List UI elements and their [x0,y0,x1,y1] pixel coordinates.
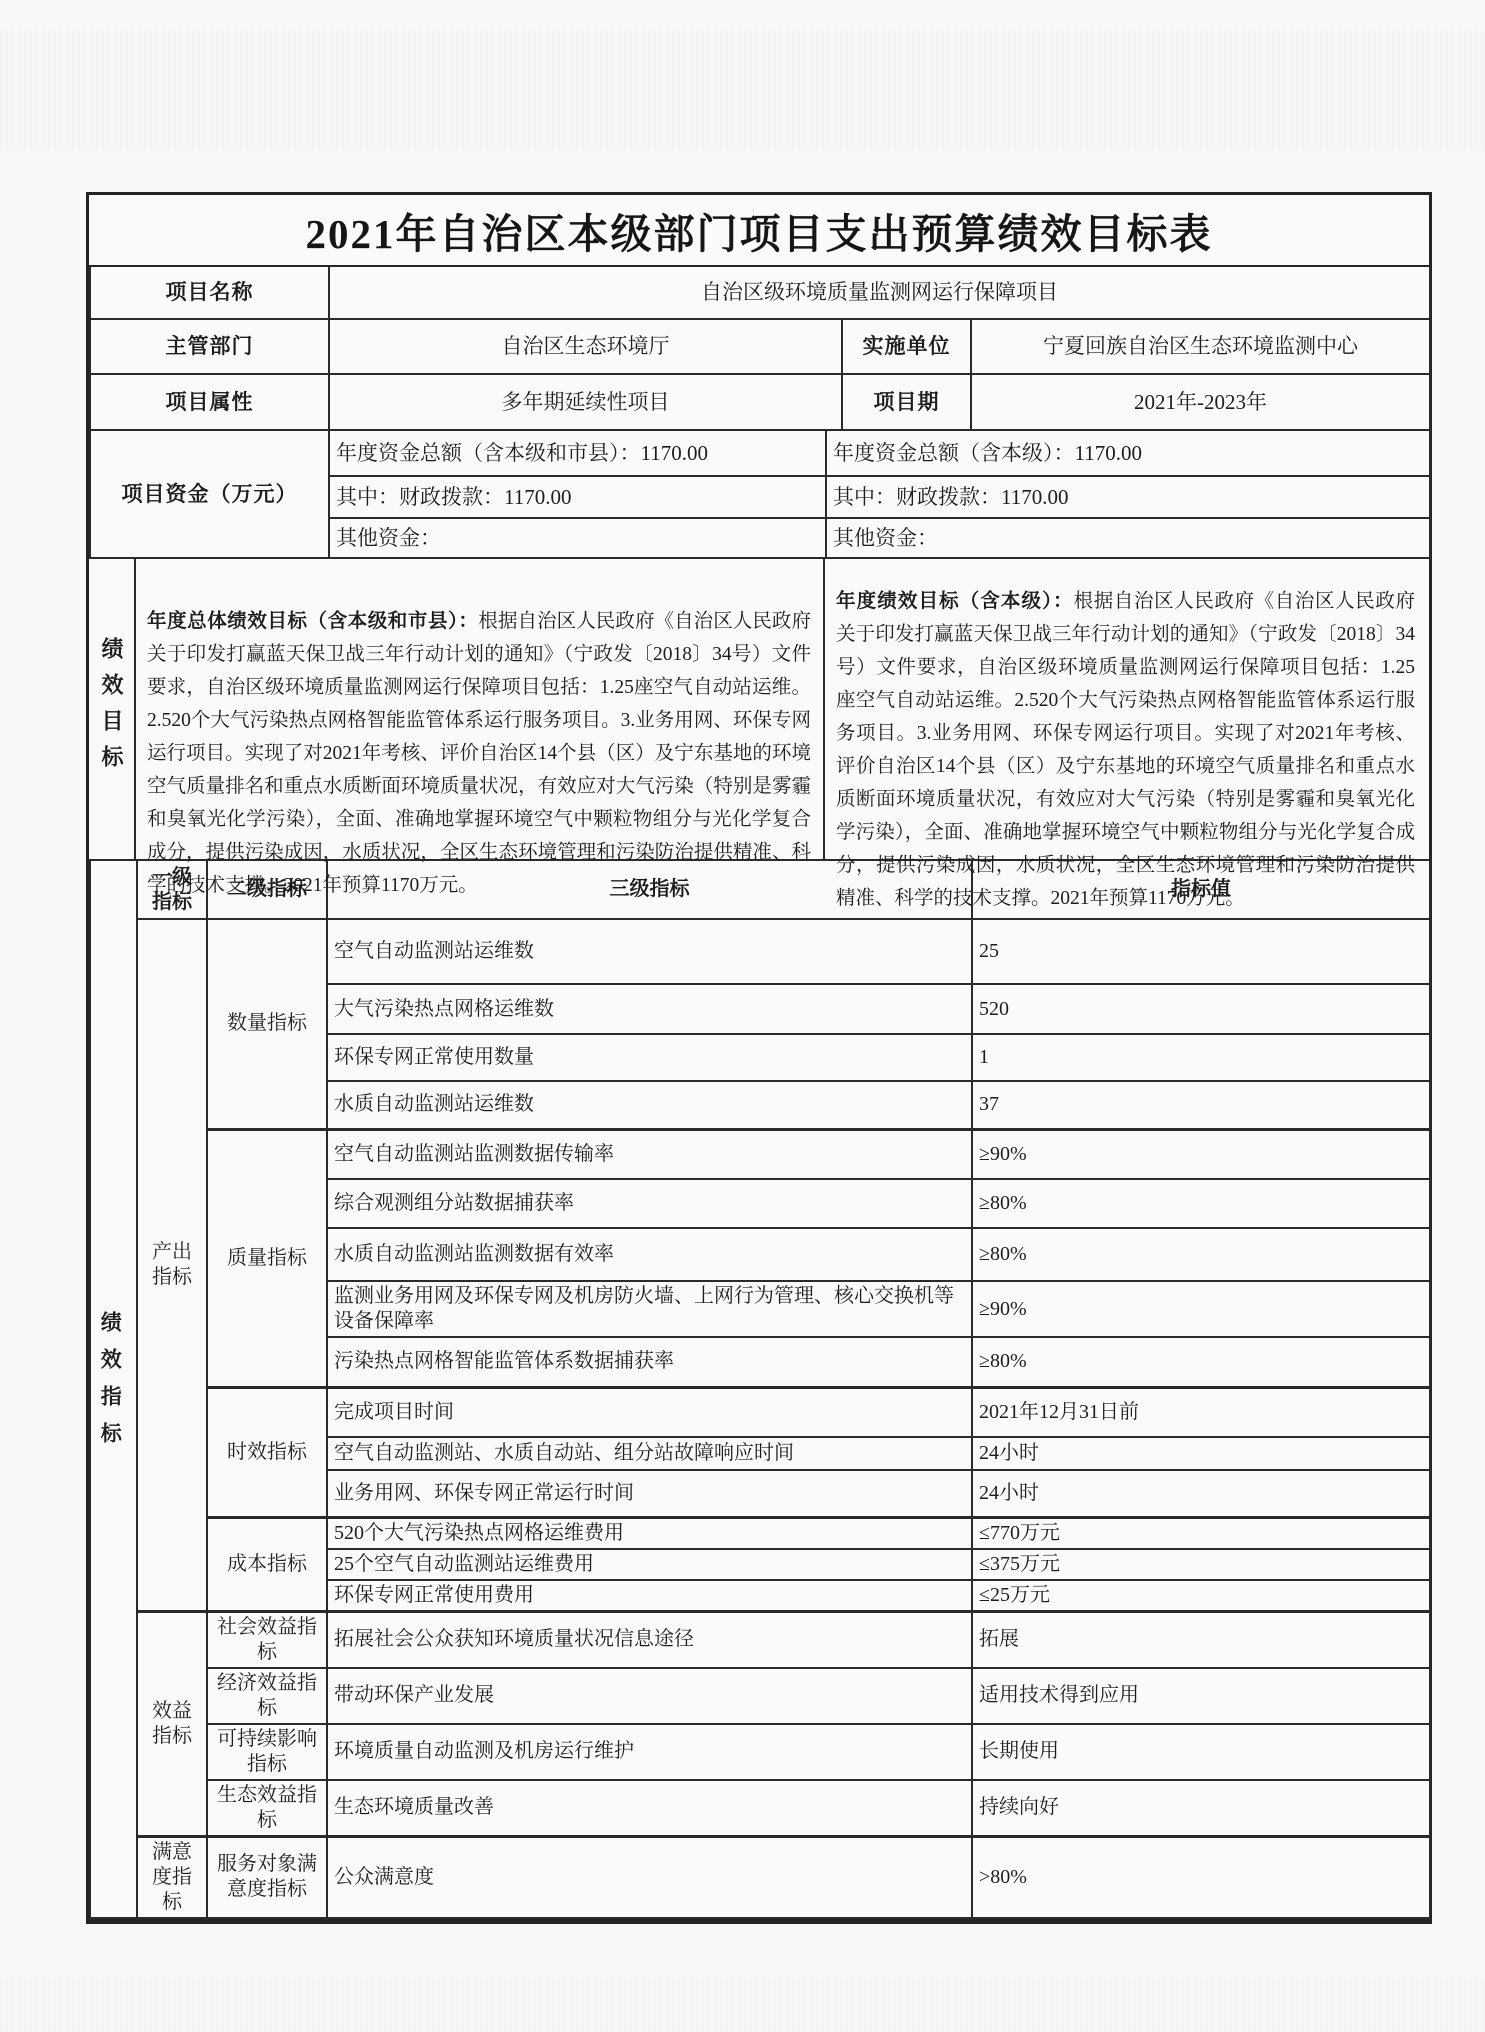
indicator-value: 2021年12月31日前 [972,1387,1430,1437]
level2-timeliness: 时效指标 [207,1387,327,1517]
indicator-name: 生态环境质量改善 [327,1780,972,1837]
indicator-value: >80% [972,1836,1430,1918]
indicator-value: 长期使用 [972,1724,1430,1780]
funding-fiscal-left: 其中：财政拨款：1170.00 [329,476,826,518]
indicator-row: 效益指标 社会效益指标 拓展社会公众获知环境质量状况信息途径 拓展 [90,1611,1430,1668]
level2-quantity: 数量指标 [207,919,327,1129]
project-info-table: 项目名称 自治区级环境质量监测网运行保障项目 主管部门 自治区生态环境厅 实施单… [89,267,1431,431]
indicator-value: ≥90% [972,1129,1430,1179]
level2-quality: 质量指标 [207,1129,327,1387]
indicator-name: 综合观测组分站数据捕获率 [327,1179,972,1228]
indicator-name: 520个大气污染热点网格运维费用 [327,1517,972,1549]
indicator-value: 持续向好 [972,1780,1430,1837]
indicator-row: 满意度指标 服务对象满意度指标 公众满意度 >80% [90,1836,1430,1918]
overall-goal-body: 根据自治区人民政府《自治区人民政府关于印发打赢蓝天保卫战三年行动计划的通知》（宁… [147,611,811,896]
impl-unit-label: 实施单位 [842,319,971,374]
indicator-value: ≥80% [972,1179,1430,1228]
project-name-value: 自治区级环境质量监测网运行保障项目 [329,267,1430,319]
indicator-row: 成本指标 520个大气污染热点网格运维费用 ≤770万元 [90,1517,1430,1549]
level2-service-satisfaction: 服务对象满意度指标 [207,1836,327,1918]
level2-economic: 经济效益指标 [207,1668,327,1724]
scanned-document-page: 2021年自治区本级部门项目支出预算绩效目标表 项目名称 自治区级环境质量监测网… [0,0,1485,2032]
indicator-name: 环保专网正常使用数量 [327,1034,972,1081]
indicator-name: 业务用网、环保专网正常运行时间 [327,1470,972,1517]
indicator-row: 产出指标 数量指标 空气自动监测站运维数 25 [90,919,1430,984]
indicator-name: 污染热点网格智能监管体系数据捕获率 [327,1337,972,1387]
performance-goal-section: 绩效目标 年度总体绩效目标（含本级和市县）：根据自治区人民政府《自治区人民政府关… [89,559,1429,861]
indicator-name: 大气污染热点网格运维数 [327,984,972,1034]
performance-goal-label: 绩效目标 [96,637,127,781]
attr-value: 多年期延续性项目 [329,374,842,430]
period-value: 2021年-2023年 [971,374,1430,430]
indicator-value: 520 [972,984,1430,1034]
dept-value: 自治区生态环境厅 [329,319,842,374]
period-label: 项目期 [842,374,971,430]
attr-label: 项目属性 [90,374,329,430]
annual-goal-body: 根据自治区人民政府《自治区人民政府关于印发打赢蓝天保卫战三年行动计划的通知》（宁… [836,591,1415,909]
performance-target-table: 2021年自治区本级部门项目支出预算绩效目标表 项目名称 自治区级环境质量监测网… [86,192,1432,1924]
funding-other-left: 其他资金： [329,518,826,558]
funding-total-right: 年度资金总额（含本级）：1170.00 [826,431,1430,476]
indicator-name: 拓展社会公众获知环境质量状况信息途径 [327,1611,972,1668]
indicator-value: ≤770万元 [972,1517,1430,1549]
indicators-section-label: 绩效指标 [97,1311,123,1459]
indicator-name: 水质自动监测站运维数 [327,1081,972,1129]
overall-goal-lead: 年度总体绩效目标（含本级和市县）： [147,611,478,632]
indicator-value: 37 [972,1081,1430,1129]
indicator-name: 公众满意度 [327,1836,972,1918]
funding-fiscal-right: 其中：财政拨款：1170.00 [826,476,1430,518]
indicator-name: 监测业务用网及环保专网及机房防火墙、上网行为管理、核心交换机等设备保障率 [327,1281,972,1337]
document-title: 2021年自治区本级部门项目支出预算绩效目标表 [89,195,1429,267]
project-name-row: 项目名称 自治区级环境质量监测网运行保障项目 [90,267,1430,319]
scan-noise-bottom [0,1978,1485,2032]
indicator-value: ≤375万元 [972,1549,1430,1580]
level2-sustainable: 可持续影响指标 [207,1724,327,1780]
overall-goal-cell: 年度总体绩效目标（含本级和市县）：根据自治区人民政府《自治区人民政府关于印发打赢… [136,559,825,859]
funding-row-total: 项目资金（万元） 年度资金总额（含本级和市县）：1170.00 年度资金总额（含… [90,431,1430,476]
indicator-name: 25个空气自动监测站运维费用 [327,1549,972,1580]
indicator-value: ≥80% [972,1337,1430,1387]
indicator-row: 质量指标 空气自动监测站监测数据传输率 ≥90% [90,1129,1430,1179]
level1-satisfaction: 满意度指标 [137,1836,207,1918]
department-row: 主管部门 自治区生态环境厅 实施单位 宁夏回族自治区生态环境监测中心 [90,319,1430,374]
indicator-name: 空气自动监测站监测数据传输率 [327,1129,972,1179]
indicator-value: 1 [972,1034,1430,1081]
level1-benefit: 效益指标 [137,1611,207,1836]
indicators-section-label-cell: 绩效指标 [90,861,137,1918]
level1-output: 产出指标 [137,919,207,1611]
indicator-value: ≥90% [972,1281,1430,1337]
indicator-name: 完成项目时间 [327,1387,972,1437]
annual-goal-cell: 年度绩效目标（含本级）：根据自治区人民政府《自治区人民政府关于印发打赢蓝天保卫战… [825,559,1429,859]
indicator-value: 适用技术得到应用 [972,1668,1430,1724]
indicator-name: 水质自动监测站监测数据有效率 [327,1228,972,1281]
attribute-row: 项目属性 多年期延续性项目 项目期 2021年-2023年 [90,374,1430,430]
indicator-row: 经济效益指标 带动环保产业发展 适用技术得到应用 [90,1668,1430,1724]
level2-social: 社会效益指标 [207,1611,327,1668]
indicator-value: ≤25万元 [972,1580,1430,1612]
performance-goal-label-cell: 绩效目标 [89,559,136,859]
indicator-value: 25 [972,919,1430,984]
indicator-name: 环境质量自动监测及机房运行维护 [327,1724,972,1780]
indicators-table: 绩效指标 一级指标 二级指标 三级指标 指标值 产出指标 数量指标 空气自动监测… [89,861,1431,1919]
indicator-value: 拓展 [972,1611,1430,1668]
level2-cost: 成本指标 [207,1517,327,1611]
indicator-name: 环保专网正常使用费用 [327,1580,972,1612]
indicator-name: 空气自动监测站运维数 [327,919,972,984]
funding-other-right: 其他资金： [826,518,1430,558]
project-funding-table: 项目资金（万元） 年度资金总额（含本级和市县）：1170.00 年度资金总额（含… [89,431,1431,559]
indicator-name: 空气自动监测站、水质自动站、组分站故障响应时间 [327,1437,972,1470]
level2-ecological: 生态效益指标 [207,1780,327,1837]
indicator-row: 可持续影响指标 环境质量自动监测及机房运行维护 长期使用 [90,1724,1430,1780]
dept-label: 主管部门 [90,319,329,374]
indicator-value: 24小时 [972,1437,1430,1470]
impl-unit-value: 宁夏回族自治区生态环境监测中心 [971,319,1430,374]
funding-total-left: 年度资金总额（含本级和市县）：1170.00 [329,431,826,476]
indicator-value: 24小时 [972,1470,1430,1517]
annual-goal-lead: 年度绩效目标（含本级）： [836,591,1074,612]
scan-noise-top [0,30,1485,150]
project-name-label: 项目名称 [90,267,329,319]
indicator-name: 带动环保产业发展 [327,1668,972,1724]
indicator-value: ≥80% [972,1228,1430,1281]
indicator-row: 生态效益指标 生态环境质量改善 持续向好 [90,1780,1430,1837]
funding-label: 项目资金（万元） [90,431,329,558]
indicator-row: 时效指标 完成项目时间 2021年12月31日前 [90,1387,1430,1437]
